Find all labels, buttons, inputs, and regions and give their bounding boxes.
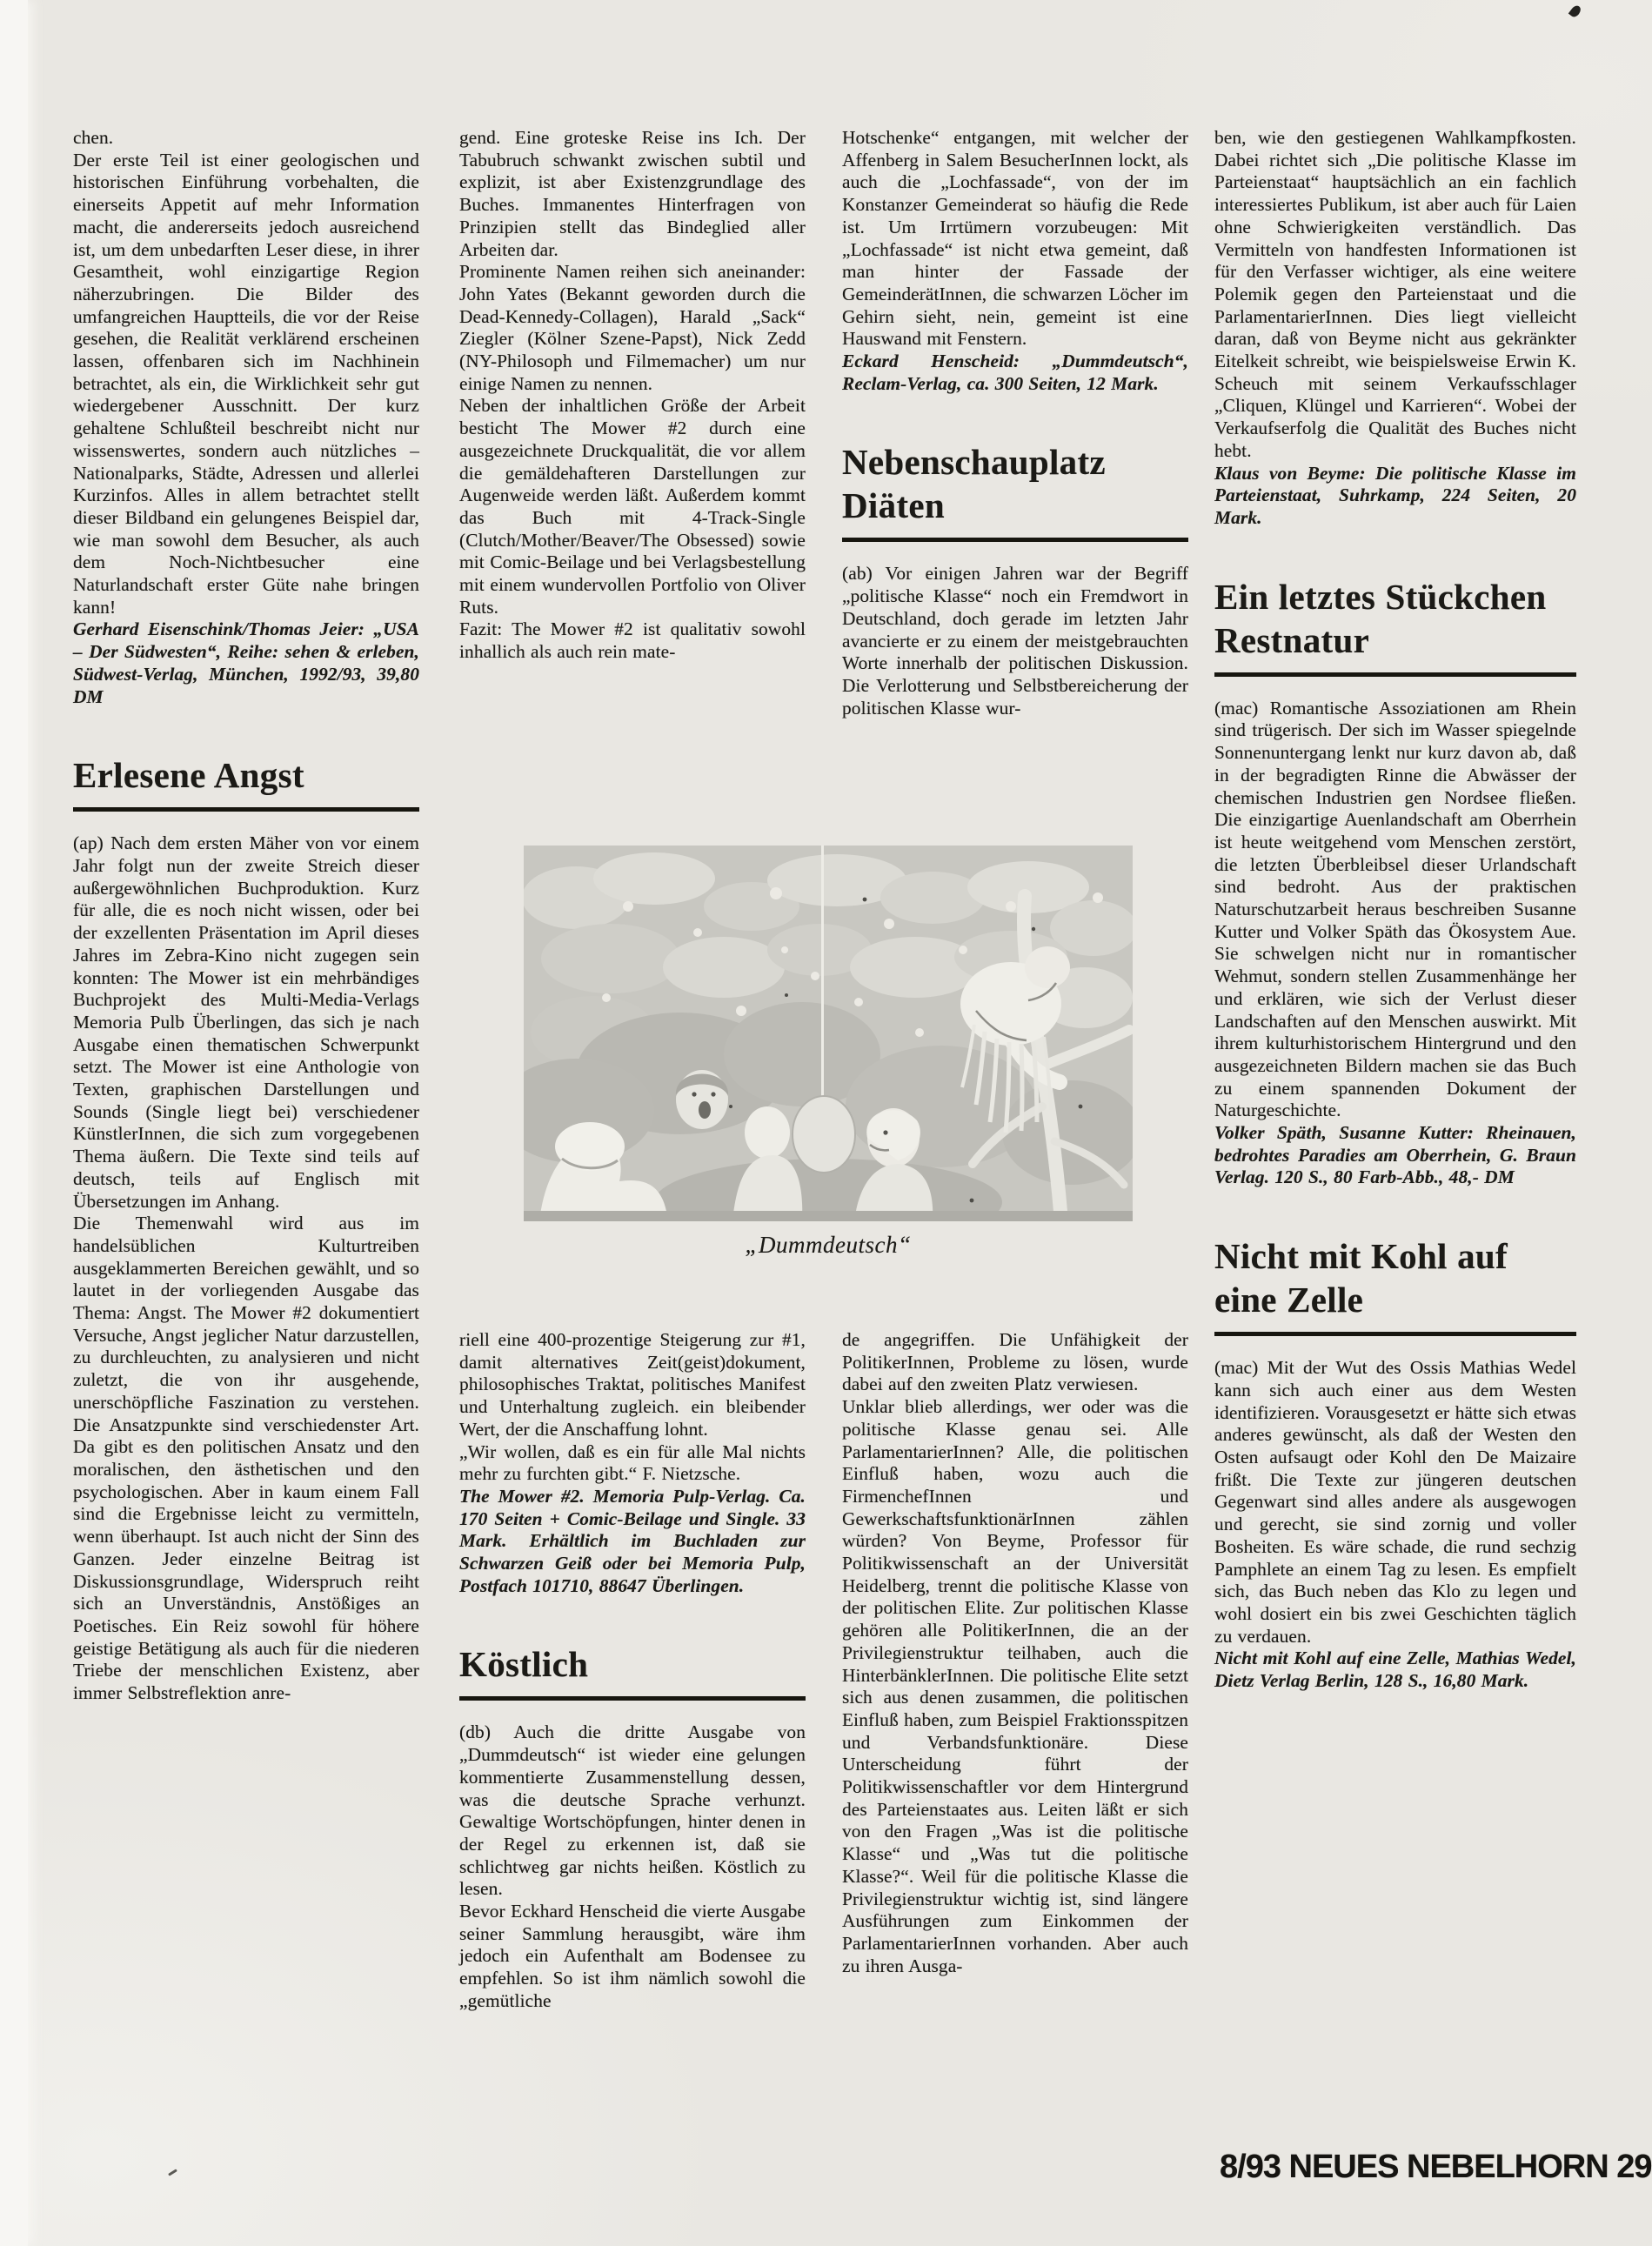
body-paragraph: Bevor Eckhard Henscheid die vierte Ausga… bbox=[459, 1901, 806, 2013]
dummdeutsch-illustration bbox=[524, 846, 1133, 1221]
body-paragraph: Neben der inhaltlichen Größe der Arbeit … bbox=[459, 395, 806, 618]
book-credit: Nicht mit Kohl auf eine Zelle, Mathias W… bbox=[1214, 1648, 1576, 1692]
book-credit: Klaus von Beyme: Die politische Klasse i… bbox=[1214, 463, 1576, 530]
body-paragraph: Unklar blieb allerdings, wer oder was di… bbox=[842, 1396, 1188, 1977]
body-paragraph: chen. bbox=[73, 127, 419, 150]
section-heading: Ein letztes Stückchen Restnatur bbox=[1214, 575, 1576, 677]
section-heading: Nebenschauplatz Diäten bbox=[842, 440, 1188, 542]
column-3-top: Hotschenke“ entgangen, mit welcher der A… bbox=[842, 127, 1188, 719]
etching-image bbox=[524, 846, 1133, 1221]
magazine-page: chen.Der erste Teil ist einer geologisch… bbox=[0, 0, 1652, 2246]
photo-caption: „Dummdeutsch“ bbox=[524, 1232, 1133, 1259]
book-credit: Volker Späth, Susanne Kutter: Rheinauen,… bbox=[1214, 1122, 1576, 1189]
book-credit: Eckard Henscheid: „Dummdeutsch“, Reclam-… bbox=[842, 351, 1188, 395]
body-paragraph: riell eine 400-prozentige Steigerung zur… bbox=[459, 1329, 806, 1441]
body-paragraph: Prominente Namen reihen sich aneinander:… bbox=[459, 261, 806, 395]
scan-edge-strip bbox=[0, 0, 28, 2246]
body-paragraph: (mac) Mit der Wut des Ossis Mathias Wede… bbox=[1214, 1357, 1576, 1648]
book-credit: Gerhard Eisenschink/Thomas Jeier: „USA –… bbox=[73, 618, 419, 708]
section-heading: Köstlich bbox=[459, 1642, 806, 1701]
section-heading: Nicht mit Kohl auf eine Zelle bbox=[1214, 1234, 1576, 1336]
column-4: ben, wie den gestiegenen Wahlkampfkosten… bbox=[1214, 127, 1576, 1693]
body-paragraph: Der erste Teil ist einer geologischen un… bbox=[73, 150, 419, 619]
body-paragraph: (mac) Romantische Assoziationen am Rhein… bbox=[1214, 698, 1576, 1122]
column-1: chen.Der erste Teil ist einer geologisch… bbox=[73, 127, 419, 1705]
body-paragraph: Die Themenwahl wird aus im handelsüblich… bbox=[73, 1213, 419, 1704]
book-credit: The Mower #2. Memoria Pulp-Verlag. Ca. 1… bbox=[459, 1486, 806, 1598]
body-paragraph: (ap) Nach dem ersten Mäher von vor einem… bbox=[73, 832, 419, 1213]
body-paragraph: „Wir wollen, daß es ein für alle Mal nic… bbox=[459, 1441, 806, 1486]
column-2-bottom: riell eine 400-prozentige Steigerung zur… bbox=[459, 1329, 806, 2013]
section-heading: Erlesene Angst bbox=[73, 753, 419, 812]
page-footer: 8/93 NEUES NEBELHORN 29 bbox=[1220, 2149, 1652, 2186]
body-paragraph: (ab) Vor einigen Jahren war der Begriff … bbox=[842, 563, 1188, 719]
scan-speck-bottom-left bbox=[168, 2169, 177, 2176]
body-paragraph: gend. Eine groteske Reise ins Ich. Der T… bbox=[459, 127, 806, 261]
body-paragraph: Hotschenke“ entgangen, mit welcher der A… bbox=[842, 127, 1188, 351]
body-paragraph: de angegriffen. Die Unfähigkeit der Poli… bbox=[842, 1329, 1188, 1396]
column-2-top: gend. Eine groteske Reise ins Ich. Der T… bbox=[459, 127, 806, 664]
body-paragraph: Fazit: The Mower #2 ist qualitativ sowoh… bbox=[459, 618, 806, 663]
body-paragraph: ben, wie den gestiegenen Wahlkampfkosten… bbox=[1214, 127, 1576, 463]
scan-speck-top-right bbox=[1568, 3, 1582, 18]
body-paragraph: (db) Auch die dritte Ausgabe von „Dummde… bbox=[459, 1721, 806, 1901]
column-3-bottom: de angegriffen. Die Unfähigkeit der Poli… bbox=[842, 1329, 1188, 1977]
